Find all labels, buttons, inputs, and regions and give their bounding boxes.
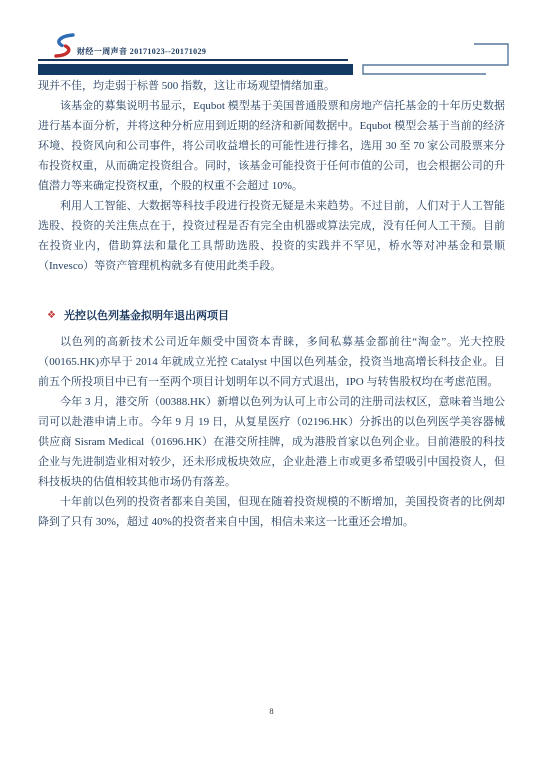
section-title: 光控以色列基金拟明年退出两项目 <box>64 306 229 326</box>
paragraph: 十年前以色列的投资者都来自美国，但现在随着投资规模的不断增加，美国投资者的比例却… <box>38 492 505 532</box>
paragraph: 现并不佳，均走弱于标普 500 指数，这让市场观望情绪加重。 <box>38 76 505 96</box>
paragraph: 该基金的募集说明书显示，Equbot 模型基于美国普通股票和房地产信托基金的十年… <box>38 96 505 196</box>
section-heading: ❖ 光控以色列基金拟明年退出两项目 <box>38 306 505 326</box>
header-bar <box>38 64 353 75</box>
s-swoosh-logo-icon <box>52 33 76 59</box>
document-page: 财经一周声音 20171023--20171029 现并不佳，均走弱于标普 50… <box>0 0 543 768</box>
page-number: 8 <box>269 706 273 716</box>
header-title: 财经一周声音 20171023--20171029 <box>77 46 206 57</box>
paragraph: 利用人工智能、大数据等科技手段进行投资无疑是未来趋势。不过目前，人们对于人工智能… <box>38 196 505 276</box>
diamond-bullet-icon: ❖ <box>47 311 56 321</box>
header-rule <box>38 59 348 61</box>
page-footer: 8 <box>0 706 543 716</box>
paragraph: 以色列的高新技术公司近年颇受中国资本青睐，多间私募基金都前往“淘金”。光大控股（… <box>38 332 505 392</box>
page-body: 现并不佳，均走弱于标普 500 指数，这让市场观望情绪加重。 该基金的募集说明书… <box>38 76 505 532</box>
paragraph: 今年 3 月，港交所（00388.HK）新增以色列为认可上市公司的注册司法权区，… <box>38 392 505 492</box>
